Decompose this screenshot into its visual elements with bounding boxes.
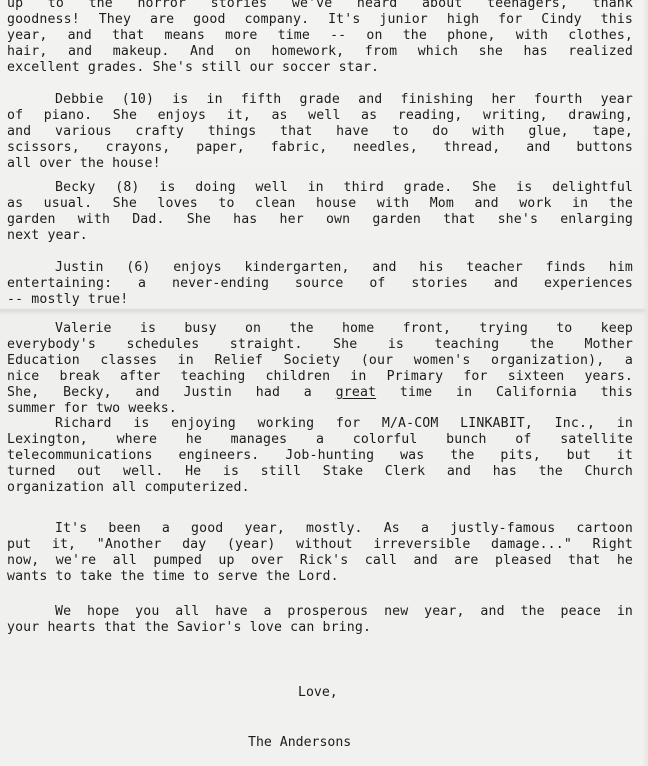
paragraph-debbie-line: scissors, crayons, paper, fabric, needle…: [7, 140, 633, 156]
paragraph-cindy-line: year, and that means more time -- on the…: [7, 28, 633, 44]
paragraph-becky-line: Becky (8) is doing well in third grade. …: [7, 180, 633, 196]
paragraph-valerie-line: Valerie is busy on the home front, tryin…: [7, 321, 633, 337]
paragraph-wishes-line: We hope you all have a prosperous new ye…: [7, 604, 633, 620]
closing: Love,: [298, 685, 338, 701]
paragraph-summary-line: put it, "Another day (year) without irre…: [7, 537, 633, 553]
paragraph-richard-line: Lexington, where he manages a colorful b…: [7, 432, 633, 448]
paragraph-debbie-line: and various crafty things that have to d…: [7, 124, 633, 140]
paragraph-becky-line: as usual. She loves to clean house with …: [7, 196, 633, 212]
paragraph-cindy-line: hair, and makeup. And on homework, from …: [7, 44, 633, 60]
paragraph-summary-line: now, we're all pumped up over Rick's cal…: [7, 553, 633, 569]
paragraph-justin-line: -- mostly true!: [7, 292, 633, 308]
paragraph-becky-line: garden with Dad. She has her own garden …: [7, 212, 633, 228]
paragraph-cindy-line: excellent grades. She's still our soccer…: [7, 60, 633, 76]
paragraph-richard-line: turned out well. He is still Stake Clerk…: [7, 464, 633, 480]
paragraph-cindy-line: up to the horror stories we've heard abo…: [7, 0, 633, 12]
paragraph-summary-line: It's been a good year, mostly. As a just…: [7, 521, 633, 537]
paragraph-cindy-line: goodness! They are good company. It's ju…: [7, 12, 633, 28]
paragraph-richard-line: Richard is enjoying working for M/A-COM …: [7, 416, 633, 432]
signature: The Andersons: [248, 735, 351, 751]
paragraph-debbie-line: all over the house!: [7, 156, 633, 172]
paragraph-richard-line: telecommunications engineers. Job-huntin…: [7, 448, 633, 464]
letter-page: up to the horror stories we've heard abo…: [0, 0, 648, 766]
paragraph-wishes-line: your hearts that the Savior's love can b…: [7, 620, 633, 636]
paragraph-justin-line: entertaining: a never-ending source of s…: [7, 276, 633, 292]
paragraph-summary-line: wants to take the time to serve the Lord…: [7, 569, 633, 585]
paragraph-debbie-line: of piano. She enjoys it, as well as read…: [7, 108, 633, 124]
underlined-emphasis: great: [336, 385, 376, 400]
paragraph-justin-line: Justin (6) enjoys kindergarten, and his …: [7, 260, 633, 276]
paragraph-becky-line: next year.: [7, 228, 633, 244]
paragraph-richard-line: organization all computerized.: [7, 480, 633, 496]
paragraph-valerie-line: She, Becky, and Justin had a great time …: [7, 385, 633, 401]
paragraph-valerie-line: everybody's schedules straight. She is t…: [7, 337, 633, 353]
paragraph-debbie-line: Debbie (10) is in fifth grade and finish…: [7, 92, 633, 108]
paragraph-valerie-line: summer for two weeks.: [7, 401, 633, 417]
paper-edge: [642, 0, 648, 766]
paragraph-valerie-line: nice break after teaching children in Pr…: [7, 369, 633, 385]
paragraph-valerie-line: Education classes in Relief Society (our…: [7, 353, 633, 369]
